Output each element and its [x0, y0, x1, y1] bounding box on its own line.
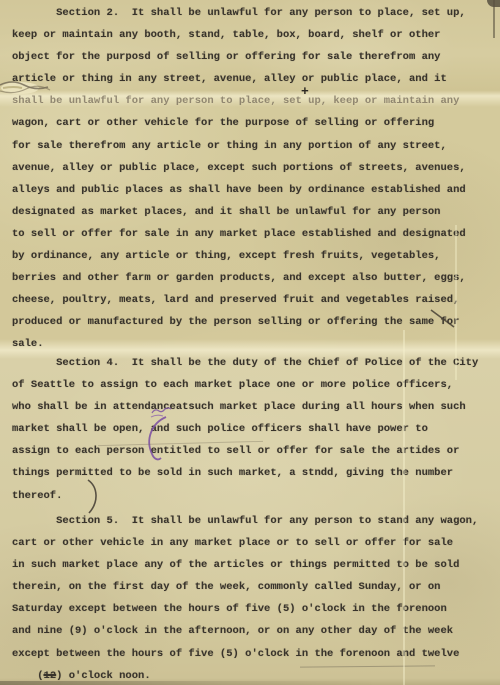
- text-line: things permitted to be sold in such mark…: [12, 462, 488, 484]
- text-line: Section 4. It shall be the duty of the C…: [12, 352, 488, 374]
- overstrike-cross-mark: +: [301, 84, 309, 99]
- text-line: except between the hours of five (5) o'c…: [12, 643, 488, 665]
- text-line: who shall be in attendanceatsuch market …: [12, 396, 488, 418]
- text-line: alleys and public places as shall have b…: [12, 179, 488, 201]
- corner-stain: [487, 0, 500, 7]
- paragraph-section-4: Section 4. It shall be the duty of the C…: [12, 352, 488, 507]
- text-line: designated as market places, and it shal…: [12, 201, 488, 223]
- text-line: thereof.: [12, 485, 488, 507]
- bottom-edge-shadow: [0, 681, 500, 685]
- text-line: cheese, poultry, meats, lard and preserv…: [12, 289, 488, 311]
- text-line: object for the purposd of selling or off…: [12, 46, 488, 68]
- text-line: wagon, cart or other vehicle for the pur…: [12, 112, 488, 134]
- paragraph-section-5: Section 5. It shall be unlawful for any …: [12, 510, 488, 685]
- document-page: Section 2. It shall be unlawful for any …: [0, 0, 500, 685]
- text-line: by ordinance, any article or thing, exce…: [12, 245, 488, 267]
- text-line: article or thing in any street, avenue, …: [12, 68, 488, 90]
- text-line: in such market place any of the articles…: [12, 554, 488, 576]
- text-line: produced or manufactured by the person s…: [12, 311, 488, 333]
- text-line: Section 5. It shall be unlawful for any …: [12, 510, 488, 532]
- text-line: shall be unlawful for any person to plac…: [12, 90, 488, 112]
- text-line: berries and other farm or garden product…: [12, 267, 488, 289]
- text-line: market shall be open, and such police of…: [12, 418, 488, 440]
- text-line: for sale therefrom any article or thing …: [12, 135, 488, 157]
- text-line: keep or maintain any booth, stand, table…: [12, 24, 488, 46]
- text-line: therein, on the first day of the week, c…: [12, 576, 488, 598]
- paragraph-section-2: Section 2. It shall be unlawful for any …: [12, 2, 488, 356]
- text-line: and nine (9) o'clock in the afternoon, o…: [12, 620, 488, 642]
- text-line: cart or other vehicle in any market plac…: [12, 532, 488, 554]
- text-line: to sell or offer for sale in any market …: [12, 223, 488, 245]
- text-line: of Seattle to assign to each market plac…: [12, 374, 488, 396]
- text-line: Section 2. It shall be unlawful for any …: [12, 2, 488, 24]
- text-line: assign to each person entitled to sell o…: [12, 440, 488, 462]
- struck-text: 12: [44, 670, 57, 682]
- text-line: Saturday except between the hours of fiv…: [12, 598, 488, 620]
- text-line: avenue, alley or public place, except su…: [12, 157, 488, 179]
